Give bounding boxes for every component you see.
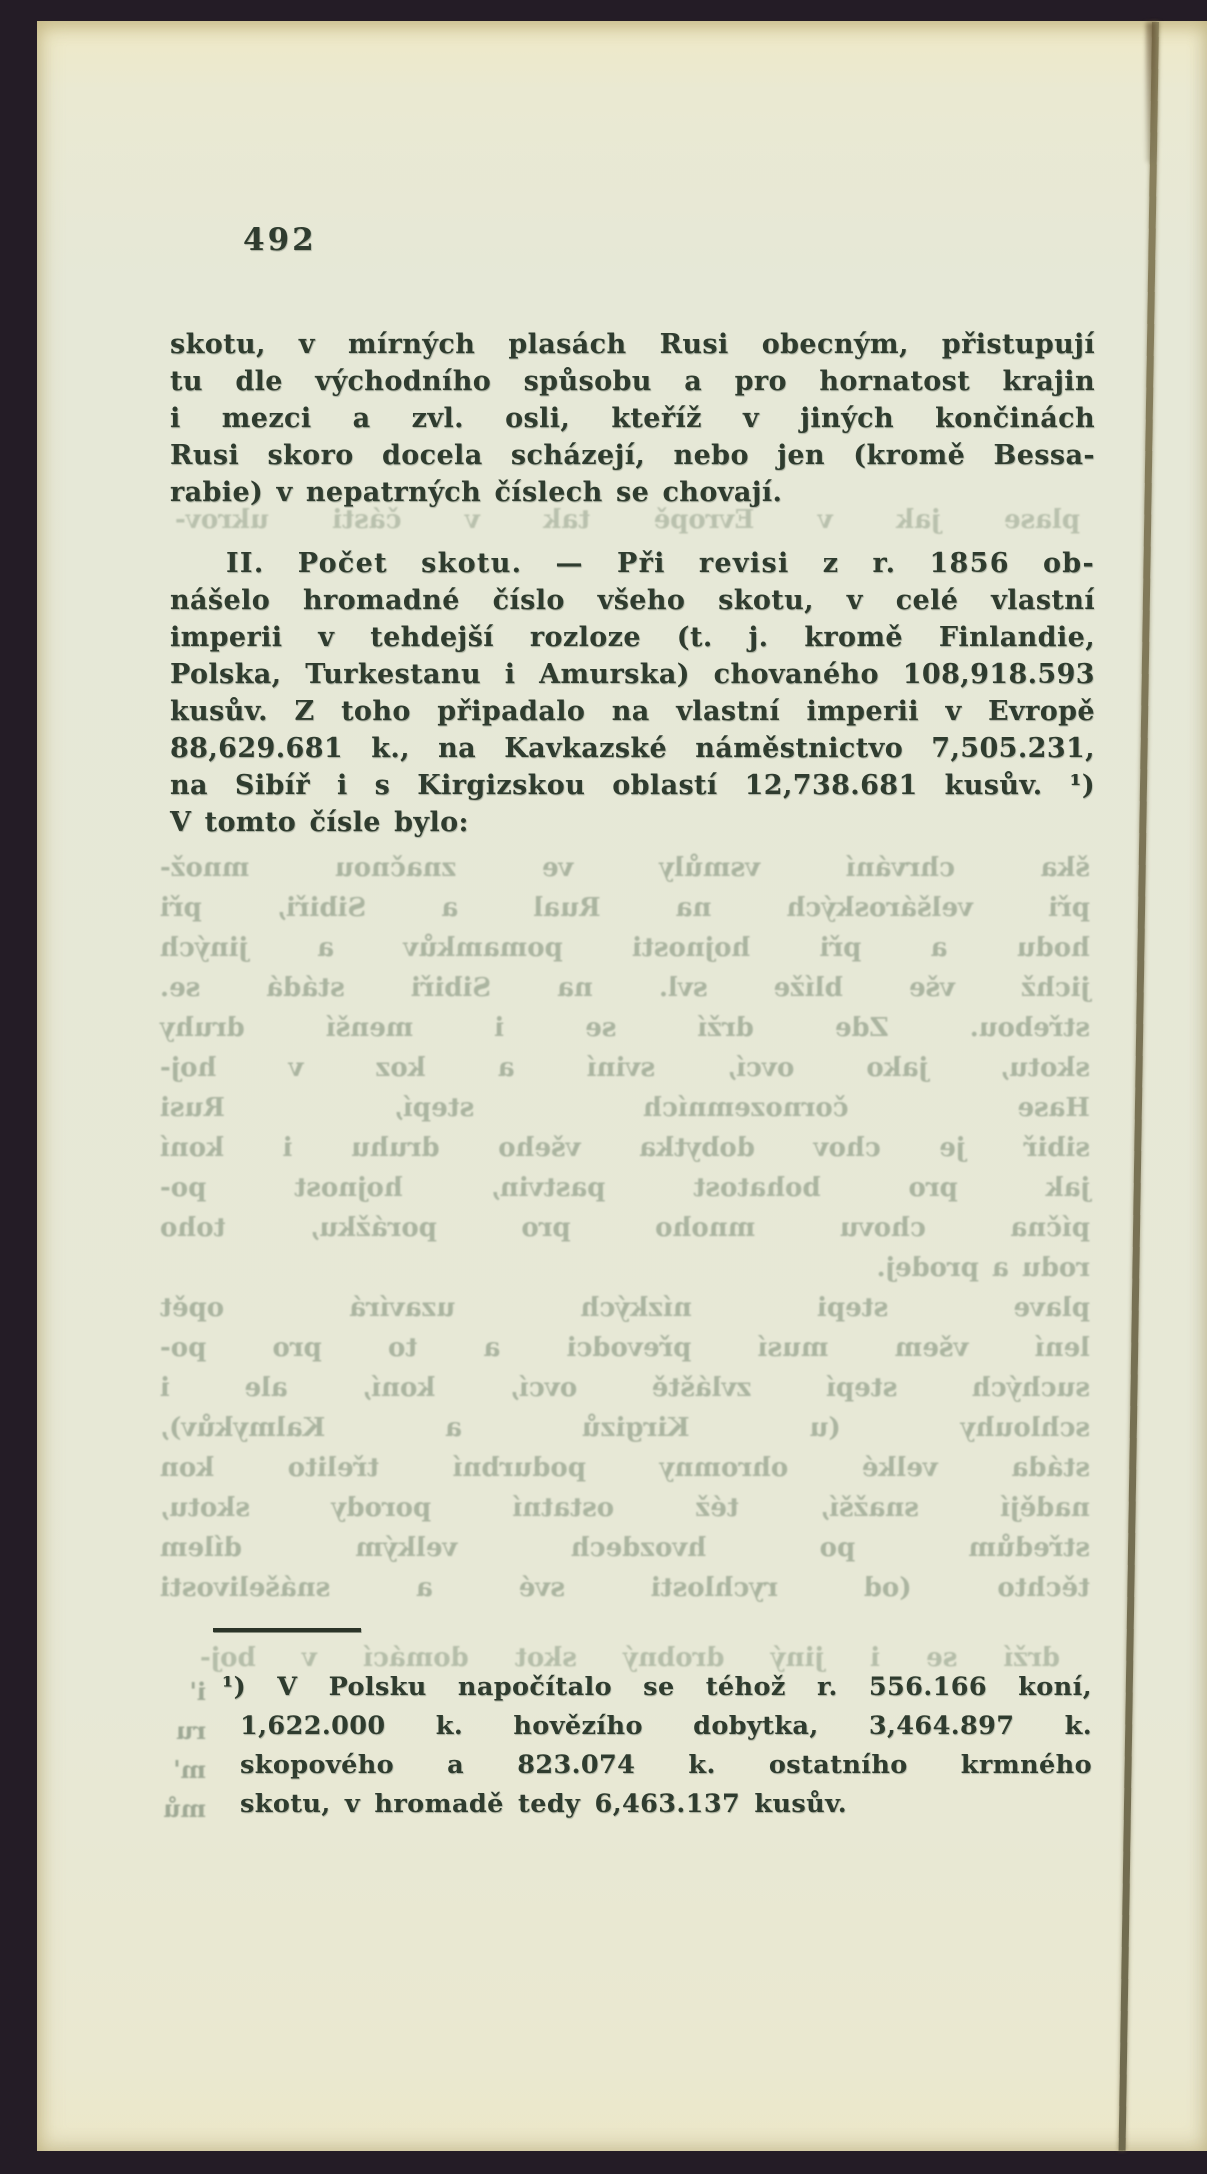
text-line: rabie) v nepatrných číslech se chovají.: [170, 474, 1095, 511]
text-line: 88,629.681 k., na Kavkazské náměstnictvo…: [170, 730, 1095, 767]
scanned-book-photo: { "page": { "number": "492", "body": { "…: [0, 0, 1207, 2174]
paragraph-continuation: skotu, v mírných plasách Rusi obecným, p…: [170, 326, 1095, 511]
text-line: i mezci a zvl. osli, kteříž v jiných kon…: [170, 400, 1095, 437]
text-line: Polska, Turkestanu i Amurska) chovaného …: [170, 656, 1095, 693]
text-line: nášelo hromadné číslo všeho skotu, v cel…: [170, 582, 1095, 619]
page-number: 492: [243, 222, 317, 258]
text-line: na Sibíř i s Kirgizskou oblastí 12,738.6…: [170, 767, 1095, 804]
footnote-line: ¹) V Polsku napočítalo se téhož r. 556.1…: [222, 1668, 1092, 1707]
paragraph-pocet-skotu: II. Počet skotu. — Při revisi z r. 1856 …: [170, 545, 1095, 841]
text-line: Rusi skoro docela scházejí, nebo jen (kr…: [170, 437, 1095, 474]
text-line: tu dle východního spůsobu a pro hornatos…: [170, 363, 1095, 400]
text-line: V tomto čísle bylo:: [170, 804, 1095, 841]
text-line: II. Počet skotu. — Při revisi z r. 1856 …: [170, 545, 1095, 582]
footnote: ¹) V Polsku napočítalo se téhož r. 556.1…: [222, 1668, 1092, 1824]
text-line: skotu, v mírných plasách Rusi obecným, p…: [170, 326, 1095, 363]
footnote-line: skopového a 823.074 k. ostatního krmného: [222, 1746, 1092, 1785]
text-line: kusův. Z toho připadalo na vlastní imper…: [170, 693, 1095, 730]
footnote-line: 1,622.000 k. hovězího dobytka, 3,464.897…: [222, 1707, 1092, 1746]
page-edge-smudge: [1146, 22, 1156, 162]
text-line: imperii v tehdejší rozloze (t. j. kromě …: [170, 619, 1095, 656]
footnote-line: skotu, v hromadě tedy 6,463.137 kusův.: [222, 1785, 1092, 1824]
footnote-rule: [213, 1628, 361, 1632]
